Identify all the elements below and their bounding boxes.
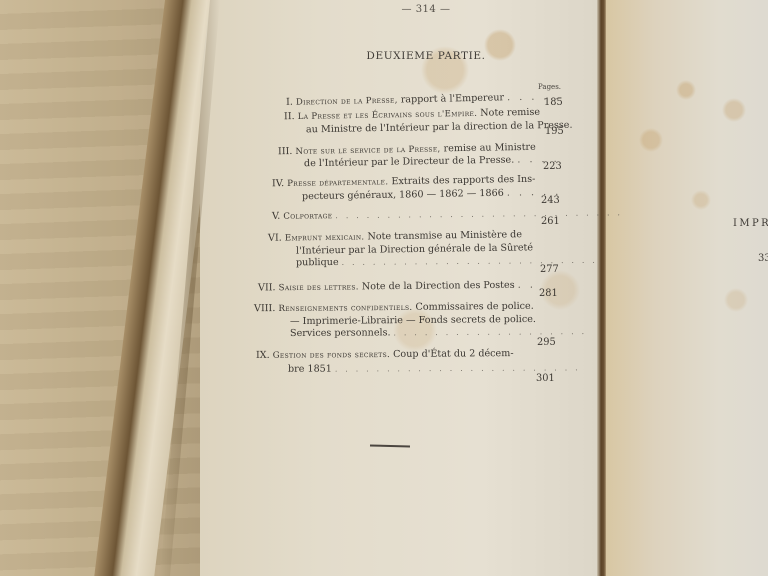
page-number: — 314 — <box>396 4 456 15</box>
book-page-right <box>606 0 768 576</box>
entry-numeral: IV. <box>272 178 284 189</box>
page-reference: 223 <box>543 161 562 172</box>
entry-title: Gestion des fonds secrets. <box>273 350 390 361</box>
entry-text: rapport à l'Empereur <box>401 92 504 105</box>
right-page-number: 33 <box>758 253 768 264</box>
page-reference: 277 <box>540 264 559 275</box>
entry-numeral: IX. <box>256 350 270 361</box>
page-reference: 261 <box>541 216 560 227</box>
entry-text: Extraits des rapports des Ins- <box>391 174 535 188</box>
part-title: DEUXIEME PARTIE. <box>356 50 496 62</box>
entry-numeral: V. <box>272 211 280 222</box>
entry-numeral: VIII. <box>254 303 275 314</box>
toc-entry: VII. Saisie des lettres. Note de la Dire… <box>258 279 536 296</box>
entry-text: Services personnels. <box>290 327 391 339</box>
page-reference: 243 <box>541 195 560 206</box>
entry-text: Note transmise au Ministère de <box>367 229 522 242</box>
entry-text: publique <box>296 257 339 268</box>
entry-numeral: I. <box>286 97 293 108</box>
entry-text: Coup d'État du 2 décem- <box>393 348 514 360</box>
entry-title: Presse départementale. <box>287 177 388 189</box>
entry-title: Saisie des lettres. <box>279 282 359 293</box>
leader-dots: . . <box>518 280 536 291</box>
right-page-heading: IMPR <box>733 218 768 229</box>
entry-title: Colportage <box>283 211 332 222</box>
page-reference: 301 <box>536 373 555 384</box>
entry-title: Renseignements confidentiels. <box>278 303 412 314</box>
leader-dots: . . . . . . . . . . . . . . . . . . . . … <box>342 257 598 267</box>
entry-numeral: VII. <box>258 282 276 293</box>
entry-text: bre 1851 <box>288 364 332 375</box>
toc-entry: IX. Gestion des fonds secrets. Coup d'Ét… <box>256 347 514 363</box>
leader-dots: . . . . . . . . . . . . . . . . . . . . … <box>335 209 622 220</box>
page-reference: 295 <box>537 337 556 348</box>
entry-numeral: III. <box>278 146 293 157</box>
entry-numeral: II. <box>284 111 295 122</box>
entry-numeral: VI. <box>268 233 282 244</box>
entry-text: de l'Intérieur par le Directeur de la Pr… <box>304 155 514 170</box>
entry-text: Commissaires de police. <box>415 301 533 313</box>
page-reference: 185 <box>544 97 563 108</box>
page-reference: 195 <box>545 126 564 137</box>
entry-text: Note de la Direction des Postes <box>362 280 515 293</box>
entry-text: Note remise <box>480 107 540 119</box>
entry-title: Emprunt mexicain. <box>285 232 365 243</box>
page-reference: 281 <box>539 288 558 299</box>
entry-text: pecteurs généraux, 1860 — 1862 — 1866 <box>302 188 504 203</box>
leader-dots: . . . . . . . . . . . . . . . . . . . <box>394 328 587 337</box>
entry-title: Direction de la Presse, <box>296 96 398 108</box>
